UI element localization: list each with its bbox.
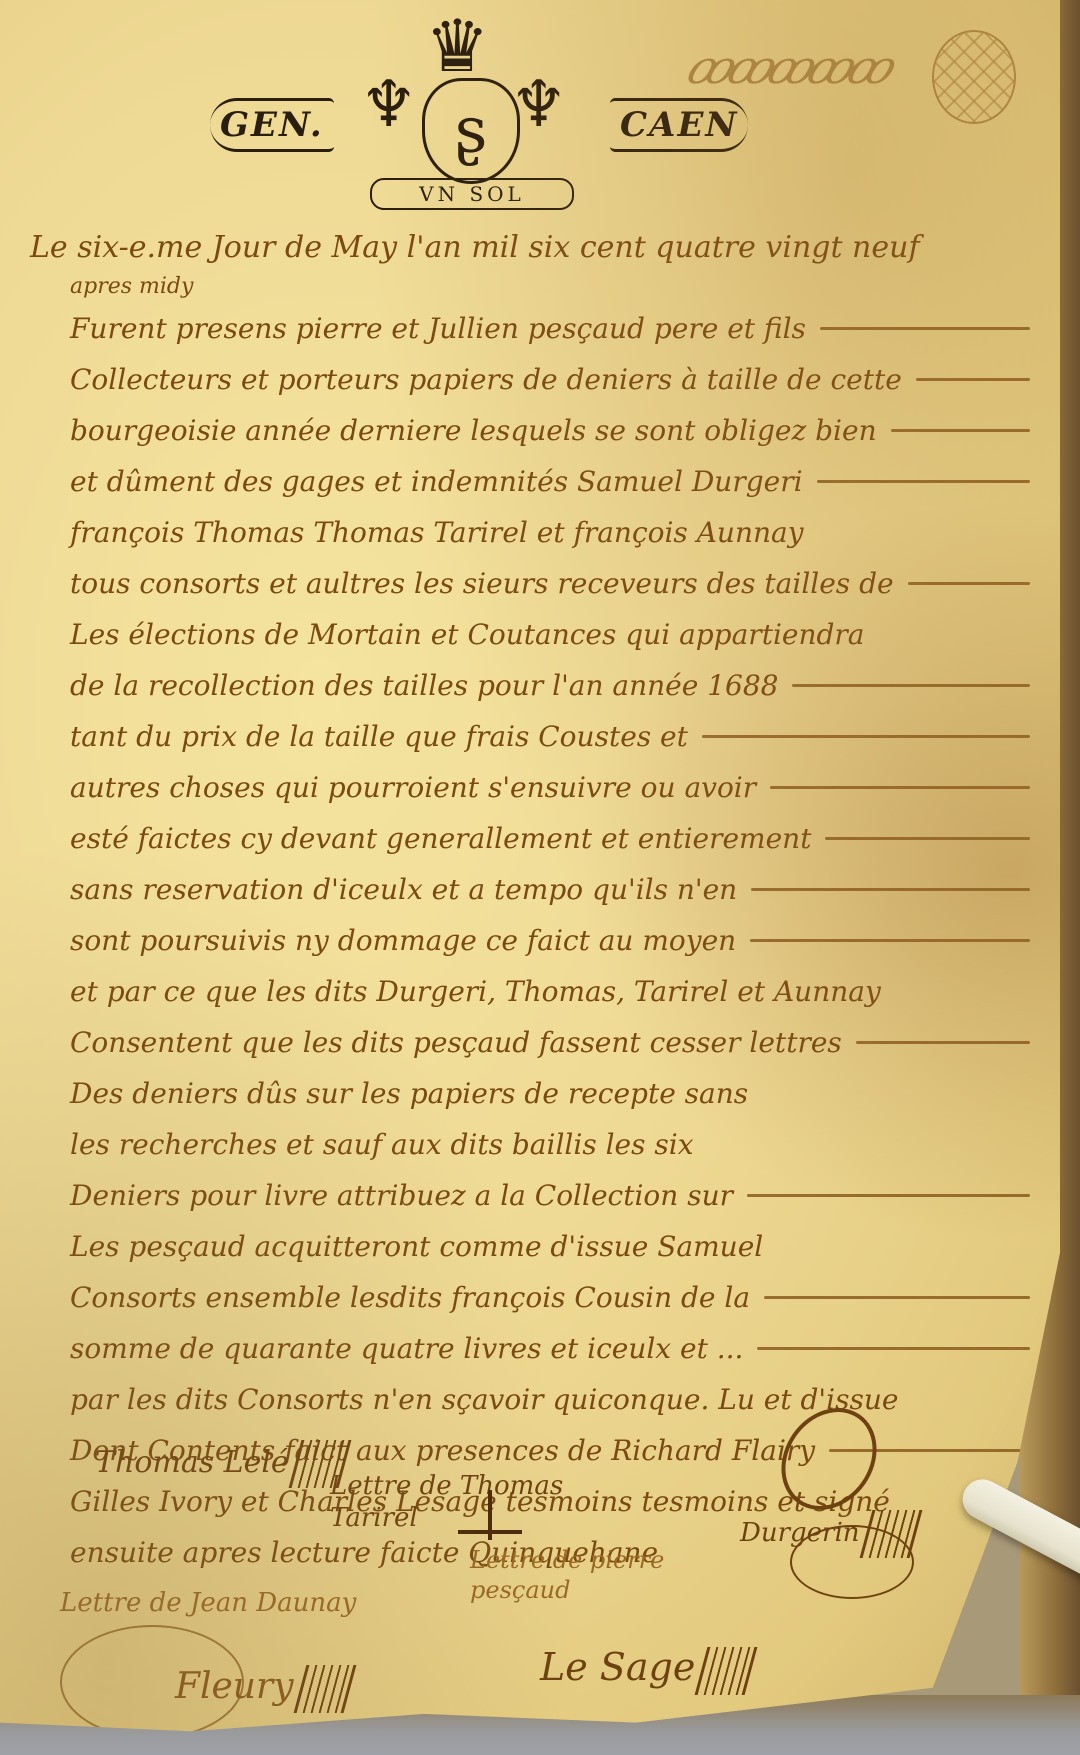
large-paraph-icon [762,1390,896,1529]
cross-mark-icon [488,1490,492,1540]
oval-paraph-icon [790,1525,914,1599]
signature-tarirel: Lettre de Thomas Tarirel [330,1470,590,1534]
manuscript-page: GEN. ♆ ♛ ʂ ♆ CAEN VN SOL ꝏꝏꝏꝏꝏ Le six-e.… [0,0,1060,1740]
signature-thomas: Thomas Lelé [95,1440,345,1488]
signature-pescaud: Lettre de pierre pesçaud [470,1545,670,1605]
signature-text: Thomas Lelé [95,1445,289,1480]
signatures-block: Thomas Lelé Lettre de Thomas Tarirel Let… [0,0,1060,1740]
paraph-icon [293,1665,356,1713]
signature-text: Fleury [175,1666,294,1707]
signature-text: Lettre de Thomas Tarirel [330,1471,563,1533]
signature-text: Lettre de Jean Daunay [60,1588,356,1618]
signature-lesage: Le Sage [540,1645,751,1695]
signature-text: Le Sage [540,1645,695,1689]
signature-fleury: Fleury [175,1665,350,1713]
paraph-icon [695,1647,758,1695]
signature-text: Lettre de pierre pesçaud [470,1546,664,1604]
signature-daunay: Lettre de Jean Daunay [60,1588,356,1618]
